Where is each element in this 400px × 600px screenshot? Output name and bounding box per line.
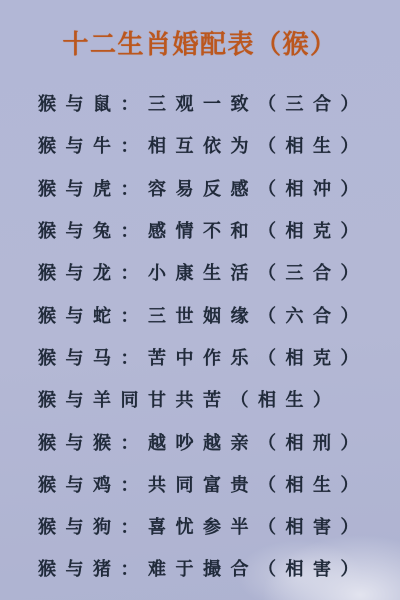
compatibility-row-dog: 猴与狗：喜忧参半（相害） <box>38 505 390 547</box>
compatibility-row-rooster: 猴与鸡：共同富贵（相生） <box>38 463 390 505</box>
compatibility-row-rabbit: 猴与兔：感情不和（相克） <box>38 209 390 251</box>
compatibility-row-snake: 猴与蛇：三世姻缘（六合） <box>38 293 390 335</box>
compatibility-row-pig: 猴与猪：难于撮合（相害） <box>38 547 390 589</box>
compatibility-row-ox: 猴与牛：相互依为（相生） <box>38 124 390 166</box>
compatibility-row-goat: 猴与羊同甘共苦（相生） <box>38 378 390 420</box>
compatibility-row-horse: 猴与马：苦中作乐（相克） <box>38 336 390 378</box>
compatibility-list: 猴与鼠：三观一致（三合） 猴与牛：相互依为（相生） 猴与虎：容易反感（相冲） 猴… <box>38 82 390 590</box>
compatibility-row-dragon: 猴与龙：小康生活（三合） <box>38 251 390 293</box>
page-title: 十二生肖婚配表（猴） <box>0 24 400 61</box>
compatibility-row-tiger: 猴与虎：容易反感（相冲） <box>38 167 390 209</box>
zodiac-compatibility-page: 十二生肖婚配表（猴） 猴与鼠：三观一致（三合） 猴与牛：相互依为（相生） 猴与虎… <box>0 0 400 600</box>
compatibility-row-monkey: 猴与猴：越吵越亲（相刑） <box>38 420 390 462</box>
compatibility-row-rat: 猴与鼠：三观一致（三合） <box>38 82 390 124</box>
